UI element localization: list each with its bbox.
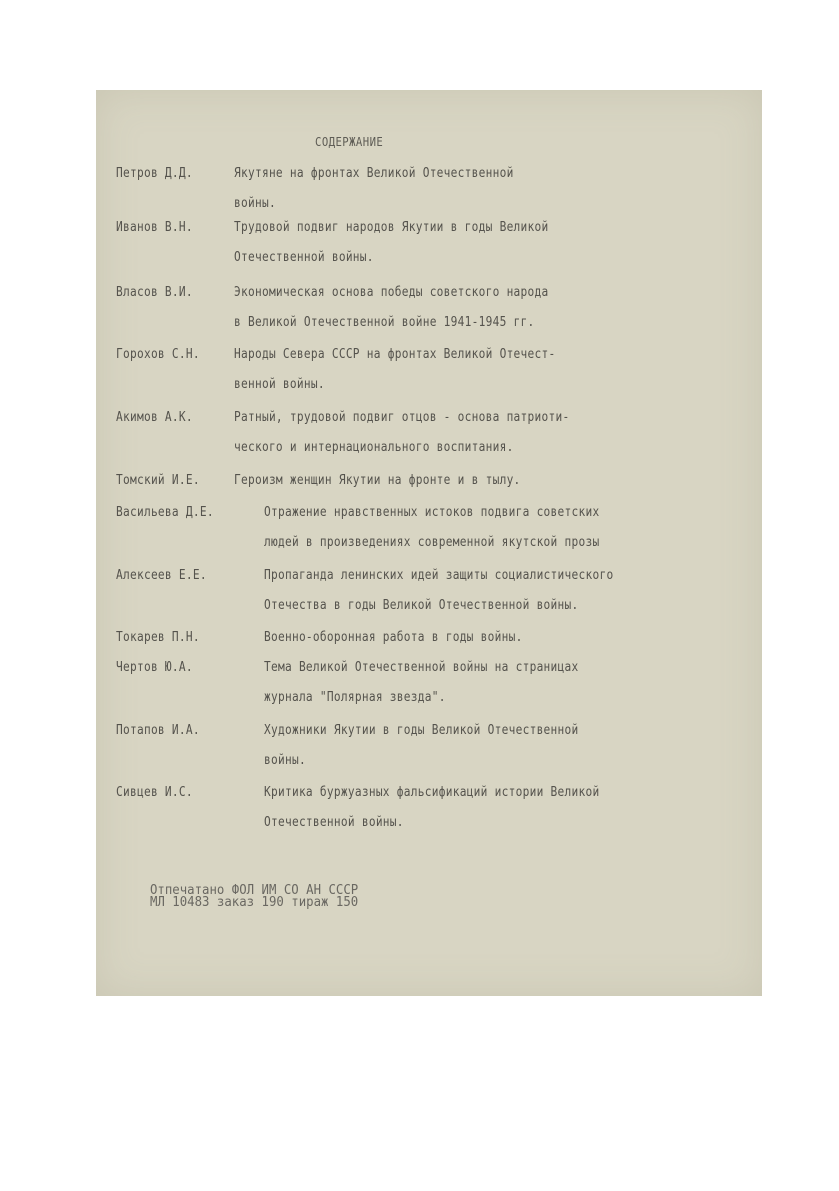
entry-title-line: Экономическая основа победы советского н… xyxy=(234,285,549,300)
entry-author: Акимов А.К. xyxy=(116,410,193,425)
entry-title-line: Ратный, трудовой подвиг отцов - основа п… xyxy=(234,410,569,425)
document-page: СОДЕРЖАНИЕ Петров Д.Д.Якутяне на фронтах… xyxy=(96,90,762,996)
entry-title-line: Тема Великой Отечественной войны на стра… xyxy=(264,660,579,675)
entry-author: Власов В.И. xyxy=(116,285,193,300)
entry-title-line: Героизм женщин Якутии на фронте и в тылу… xyxy=(234,473,521,488)
entry-title-line: войны. xyxy=(264,753,306,768)
entry-author: Горохов С.Н. xyxy=(116,347,200,362)
entry-author: Томский И.Е. xyxy=(116,473,200,488)
entry-title-line: людей в произведениях современной якутск… xyxy=(264,535,599,550)
entry-title-line: Пропаганда ленинских идей защиты социали… xyxy=(264,568,613,583)
entry-title-line: Отражение нравственных истоков подвига с… xyxy=(264,505,599,520)
entry-author: Потапов И.А. xyxy=(116,723,200,738)
entry-title-line: Трудовой подвиг народов Якутии в годы Ве… xyxy=(234,220,549,235)
entry-title-line: Критика буржуазных фальсификаций истории… xyxy=(264,785,599,800)
contents-heading: СОДЕРЖАНИЕ xyxy=(315,134,383,149)
entry-title-line: Якутяне на фронтах Великой Отечественной xyxy=(234,166,514,181)
entry-title-line: Отечества в годы Великой Отечественной в… xyxy=(264,598,579,613)
entry-title-line: Отечественной войны. xyxy=(234,250,374,265)
entry-title-line: Народы Севера СССР на фронтах Великой От… xyxy=(234,347,555,362)
entry-title-line: ческого и интернационального воспитания. xyxy=(234,440,514,455)
entry-author: Иванов В.Н. xyxy=(116,220,193,235)
entry-author: Петров Д.Д. xyxy=(116,166,193,181)
entry-author: Сивцев И.С. xyxy=(116,785,193,800)
entry-title-line: журнала "Полярная звезда". xyxy=(264,690,446,705)
imprint-line-2: МЛ 10483 заказ 190 тираж 150 xyxy=(150,897,358,909)
entry-title-line: в Великой Отечественной войне 1941-1945 … xyxy=(234,315,535,330)
entry-title-line: венной войны. xyxy=(234,377,325,392)
entry-title-line: Военно-оборонная работа в годы войны. xyxy=(264,630,523,645)
entry-title-line: Художники Якутии в годы Великой Отечеств… xyxy=(264,723,579,738)
entry-author: Васильева Д.Е. xyxy=(116,505,214,520)
entry-author: Чертов Ю.А. xyxy=(116,660,193,675)
entry-title-line: Отечественной войны. xyxy=(264,815,404,830)
entry-title-line: войны. xyxy=(234,196,276,211)
entry-author: Алексеев Е.Е. xyxy=(116,568,207,583)
entry-author: Токарев П.Н. xyxy=(116,630,200,645)
